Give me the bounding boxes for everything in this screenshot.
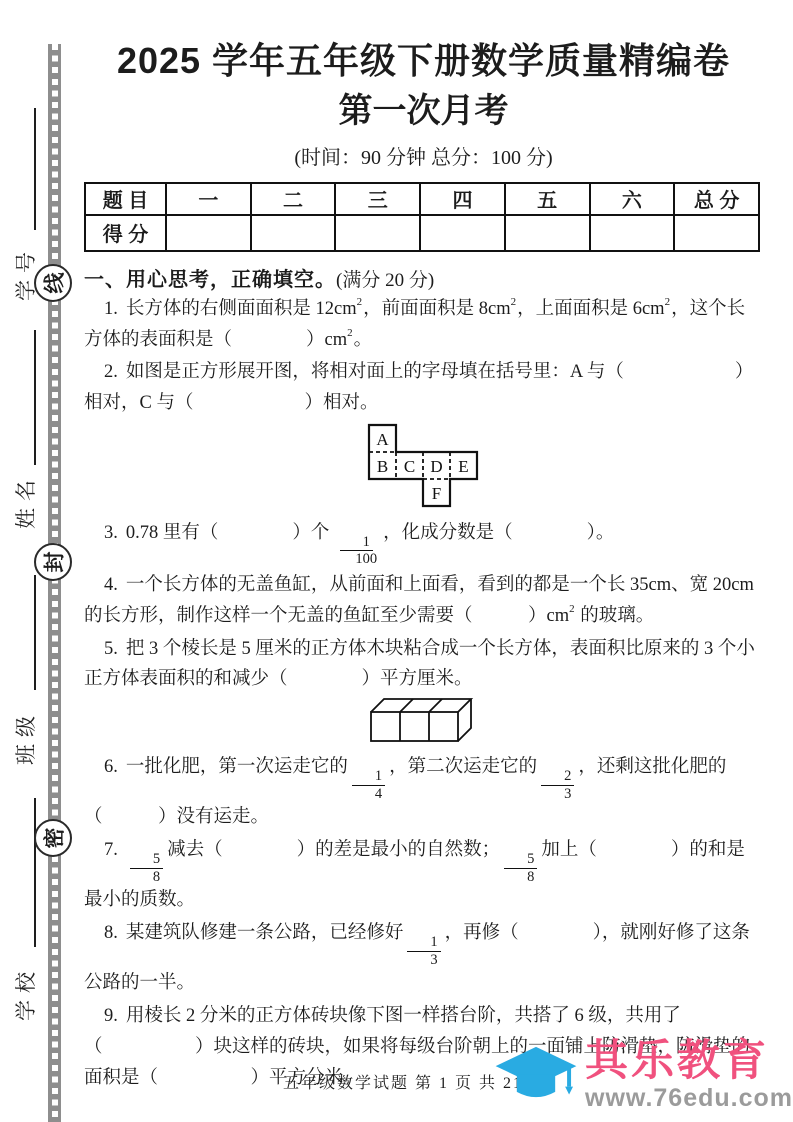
net-cell-d: D <box>430 457 442 476</box>
score-cell <box>420 215 505 251</box>
three-cubes-diagram <box>369 697 479 745</box>
score-cell <box>505 215 590 251</box>
margin-label-school: 学校 <box>10 961 40 1025</box>
question-5: 5.把 3 个棱长是 5 厘米的正方体木块粘合成一个长方体，表面积比原来的 3 … <box>84 634 763 695</box>
paper-title: 2025 学年五年级下册数学质量精编卷 <box>84 38 763 85</box>
net-cell-e: E <box>458 457 468 476</box>
question-4: 4.一个长方体的无盖鱼缸，从前面和上面看，看到的都是一个长 35cm、宽 20c… <box>84 570 763 631</box>
seal-band <box>48 44 61 1122</box>
score-cell <box>166 215 251 251</box>
graduation-cap-icon <box>493 1034 579 1118</box>
score-header-5: 五 <box>505 183 590 215</box>
score-header-1: 一 <box>166 183 251 215</box>
cube-net-figure: A B C D E F <box>84 423 763 516</box>
score-row-label: 得 分 <box>85 215 166 251</box>
score-cell <box>251 215 336 251</box>
net-cell-b: B <box>376 457 387 476</box>
score-header-row: 题 目 一 二 三 四 五 六 总 分 <box>85 183 759 215</box>
qile-education-logo: 其乐教育 www.76edu.com <box>493 1034 793 1118</box>
seal-char-feng: 封 <box>34 543 72 581</box>
question-7: 7.58减去（ ）的差是最小的自然数；58加上（ ）的和是最小的质数。 <box>84 835 763 916</box>
seal-char-line: 线 <box>34 264 72 302</box>
seal-char-mi: 密 <box>34 819 72 857</box>
time-score-info: (时间：90 分钟 总分：100 分) <box>84 141 763 170</box>
net-cell-a: A <box>376 430 389 449</box>
score-header-timu: 题 目 <box>85 183 166 215</box>
question-3: 3.0.78 里有（ ）个1100，化成分数是（ ）。 <box>84 518 763 568</box>
cube-net-diagram: A B C D E F <box>367 423 481 511</box>
score-cell <box>674 215 759 251</box>
net-cell-c: C <box>403 457 414 476</box>
blank-line <box>34 330 36 465</box>
paper-subtitle: 第一次月考 <box>84 89 763 133</box>
blank-line <box>34 575 36 690</box>
score-header-6: 六 <box>590 183 675 215</box>
score-table: 题 目 一 二 三 四 五 六 总 分 得 分 <box>84 182 760 252</box>
brand-text: 其乐教育 <box>585 1039 793 1084</box>
score-cell <box>590 215 675 251</box>
margin-label-class: 班级 <box>10 705 40 769</box>
score-header-total: 总 分 <box>674 183 759 215</box>
score-header-4: 四 <box>420 183 505 215</box>
score-cell <box>335 215 420 251</box>
brand-url: www.76edu.com <box>585 1084 793 1113</box>
seal-band-dots <box>52 44 58 1122</box>
exam-paper: 2025 学年五年级下册数学质量精编卷 第一次月考 (时间：90 分钟 总分：1… <box>84 38 763 1093</box>
blank-line <box>34 798 36 947</box>
question-6: 6.一批化肥，第一次运走它的14，第二次运走它的23，还剩这批化肥的（ ）没有运… <box>84 752 763 833</box>
section-heading: 一、用心思考，正确填空。(满分 20 分) <box>84 263 763 292</box>
margin-label-name: 姓名 <box>10 469 40 533</box>
three-cubes-figure <box>84 697 763 750</box>
blank-line <box>34 108 36 230</box>
section-heading-text: 一、用心思考，正确填空。 <box>84 269 336 291</box>
question-2: 2.如图是正方形展开图，将相对面上的字母填在括号里：A 与（ ）相对，C 与（ … <box>84 357 763 418</box>
section-heading-points: (满分 20 分) <box>336 270 434 291</box>
question-8: 8.某建筑队修建一条公路，已经修好13，再修（ ），就刚好修了这条公路的一半。 <box>84 918 763 999</box>
question-1: 1.长方体的右侧面面积是 12cm2，前面面积是 8cm2，上面面积是 6cm2… <box>84 294 763 355</box>
net-cell-f: F <box>431 484 440 503</box>
score-value-row: 得 分 <box>85 215 759 251</box>
score-header-3: 三 <box>335 183 420 215</box>
score-header-2: 二 <box>251 183 336 215</box>
